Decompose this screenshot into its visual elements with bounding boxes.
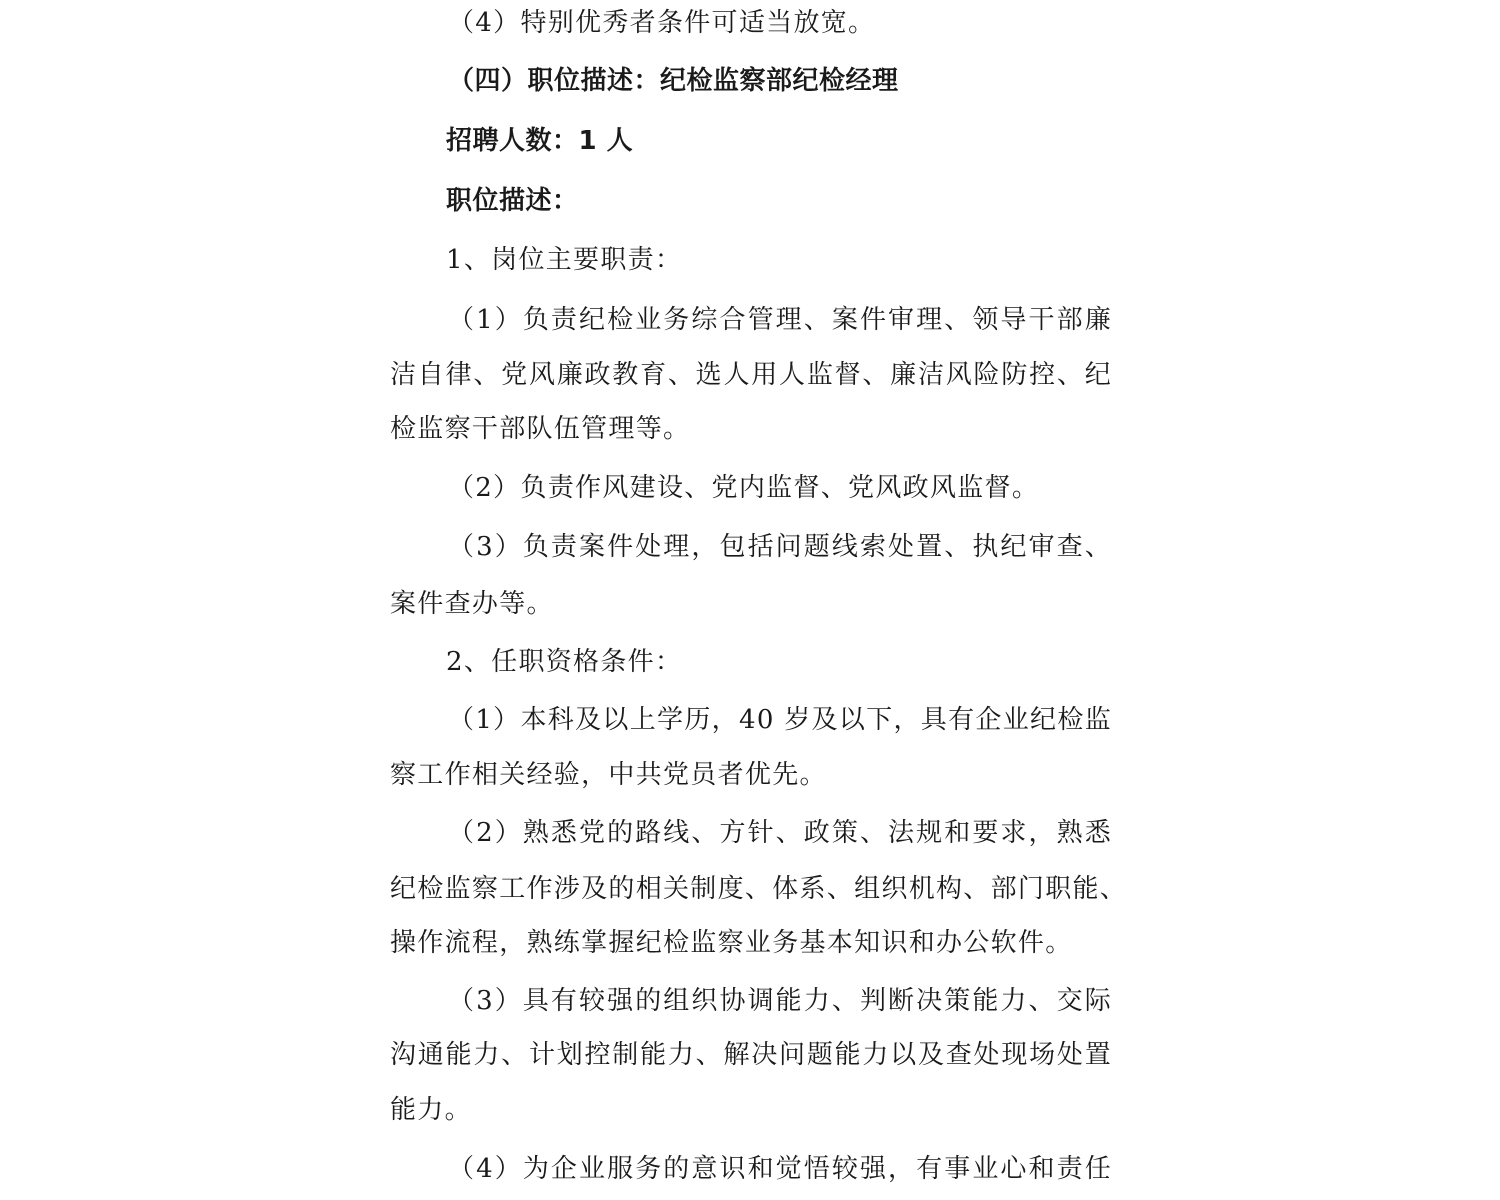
- hiring-count: 招聘人数：1 人: [390, 126, 633, 156]
- duty-1-line-1: （1）负责纪检业务综合管理、案件审理、领导干部廉: [390, 305, 1112, 335]
- requirement-item-4-relaxed: （4）特别优秀者条件可适当放宽。: [390, 8, 875, 38]
- qualifications-heading: 2、任职资格条件：: [390, 647, 682, 677]
- duty-3-line-2: 案件查办等。: [390, 589, 554, 619]
- duty-3-line-1: （3）负责案件处理，包括问题线索处置、执纪审查、: [390, 532, 1112, 562]
- qualification-2-line-3: 操作流程，熟练掌握纪检监察业务基本知识和办公软件。: [390, 928, 1073, 958]
- qualification-4-line-1: （4）为企业服务的意识和觉悟较强，有事业心和责任: [390, 1154, 1112, 1184]
- qualification-3-line-3: 能力。: [390, 1095, 472, 1125]
- section-heading-position: （四）职位描述：纪检监察部纪检经理: [390, 66, 899, 96]
- duties-heading: 1、岗位主要职责：: [390, 245, 682, 275]
- qualification-3-line-1: （3）具有较强的组织协调能力、判断决策能力、交际: [390, 986, 1112, 1016]
- qualification-1-line-2: 察工作相关经验，中共党员者优先。: [390, 760, 827, 790]
- qualification-1-line-1: （1）本科及以上学历，40 岁及以下，具有企业纪检监: [390, 705, 1112, 735]
- qualification-3-line-2: 沟通能力、计划控制能力、解决问题能力以及查处现场处置: [390, 1040, 1112, 1070]
- qualification-2-line-1: （2）熟悉党的路线、方针、政策、法规和要求，熟悉: [390, 818, 1112, 848]
- duty-1-line-2: 洁自律、党风廉政教育、选人用人监督、廉洁风险防控、纪: [390, 360, 1112, 390]
- duty-2: （2）负责作风建设、党内监督、党风政风监督。: [390, 473, 1039, 503]
- duty-1-line-3: 检监察干部队伍管理等。: [390, 414, 690, 444]
- qualification-2-line-2: 纪检监察工作涉及的相关制度、体系、组织机构、部门职能、: [390, 874, 1112, 904]
- position-description-label: 职位描述：: [390, 186, 579, 216]
